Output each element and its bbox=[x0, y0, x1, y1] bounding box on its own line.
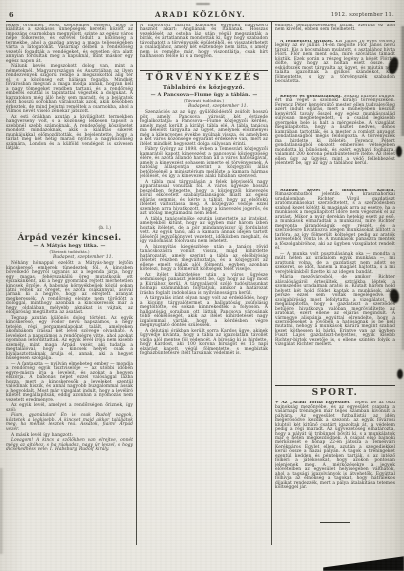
paragraph: Fábry György az 1898. évben a Temesvári … bbox=[140, 148, 268, 179]
column-rule bbox=[271, 22, 272, 545]
paragraph: A tábla mai tárgyalásán a felek képvisel… bbox=[140, 181, 268, 217]
binding-smudge bbox=[0, 468, 4, 554]
paragraph: Az ítélet kihirdetése után a város ügyés… bbox=[140, 274, 268, 296]
column-right: említett pénzintézetekben látták. Szerbi… bbox=[275, 24, 395, 548]
paragraph: Az egyik levél, amelyet a rendőrségen őr… bbox=[6, 404, 133, 413]
end-rule bbox=[320, 522, 350, 523]
page-header: 6 ARADI KÖZLÖNY. 1912. szeptember 11. bbox=[7, 9, 394, 21]
paragraph: Néhány hónappal ezelőtt a Mátyás-hegy le… bbox=[6, 262, 133, 316]
item-text: Rimaszombatból jelentik: A krasznahorkai… bbox=[275, 192, 395, 251]
paragraph: Szenzációs az az ügy, gyűlölködéstől zsú… bbox=[140, 111, 268, 147]
article-kicker: (Távirati tudósítás.) bbox=[140, 99, 268, 103]
paragraph: — A fantaszta — nyilván elmebeteg ember … bbox=[6, 363, 133, 403]
article-dateline: Budapest, szeptember 11. bbox=[140, 105, 268, 110]
news-item: A felmentett gyilkos. Kis János 16 éves … bbox=[275, 40, 395, 95]
page-edge-shadow bbox=[400, 26, 404, 136]
author-signature: (b. l.) bbox=[6, 227, 133, 232]
newspaper-page: 6 ARADI KÖZLÖNY. 1912. szeptember 11. le… bbox=[0, 0, 404, 571]
section-rule bbox=[140, 70, 268, 71]
column-center: A hajótörött matróz különben egyetlen na… bbox=[140, 24, 268, 548]
section-title: TÖRVÉNYKEZÉS bbox=[140, 74, 268, 83]
paragraph: A tábla tanácselnöke ezután ismertette a… bbox=[140, 218, 268, 245]
issue-date: 1912. szeptember 11. bbox=[331, 12, 394, 18]
article-title: Árpád vezér kincsei. bbox=[6, 234, 133, 243]
paragraph: A délutáni órákban került sorra Kardos ü… bbox=[140, 330, 268, 357]
scan-blob bbox=[396, 146, 402, 157]
news-item: Kenyér és gondatlanság. Sokáig húzódó bű… bbox=[275, 95, 395, 189]
news-item: Szabad kezet a munkások kárára. Rimaszom… bbox=[275, 189, 395, 384]
section-torvenykezes: TÖRVÉNYKEZÉS Táblabíró és közjegyző. — A… bbox=[140, 74, 268, 356]
item-text: Sokáig húzódó bűnpör ért ma véget a szol… bbox=[275, 95, 395, 166]
continued-article: említett pénzintézetekben látták. Szerbi… bbox=[275, 24, 395, 40]
paragraph: említett pénzintézetekben látták. Szerbi… bbox=[275, 24, 395, 33]
item-quote: — A munka volt pusztulásának oka — mondt… bbox=[275, 253, 395, 275]
header-rule bbox=[6, 21, 395, 22]
paragraph: Nálunk kevés megszokott dolog van, mint … bbox=[6, 65, 133, 114]
paragraph: A hajótörött matróz különben egyetlen na… bbox=[140, 24, 268, 60]
paragraph: Tegnap azután különös dolog történt. Az … bbox=[6, 317, 133, 362]
paragraph: Az esti órákban azután a kivilágított te… bbox=[6, 116, 133, 152]
sport-item: + Az „Aradi Torna Egyesület” lépett be a… bbox=[275, 401, 395, 518]
paragraph: lelkes örömmel. Most szeptember elsején,… bbox=[6, 24, 133, 64]
quoted-letter: Lovagom! A kincs a szőlőkben van elrejtv… bbox=[6, 439, 133, 452]
article-dateline: Budapest, szeptember 11. bbox=[6, 256, 133, 261]
item-text: lépett be az őszi bajnokság mezőnyébe, é… bbox=[275, 401, 395, 490]
continued-article: A hajótörött matróz különben egyetlen na… bbox=[140, 24, 268, 69]
article-kicker: (Távirati tudósítás.) bbox=[6, 250, 133, 254]
article-headline: Táblabíró és közjegyző. bbox=[140, 86, 268, 92]
sport-section-title: SPORT. bbox=[275, 389, 395, 398]
article-arpad: Árpád vezér kincsei. — A Mátyás hegy tit… bbox=[6, 234, 133, 453]
quoted-letter: Fiam, gyanútalan! Én is csak Rudolf vagy… bbox=[6, 414, 133, 432]
paragraph: A tárgyalás iránt olyan nagy volt az érd… bbox=[140, 297, 268, 328]
section-rule bbox=[275, 385, 395, 386]
item-text: Mária mezővárosból, de amikor Richter al… bbox=[275, 276, 395, 348]
corner-scan-artifact bbox=[323, 555, 404, 571]
scan-blob bbox=[397, 369, 403, 379]
column-rule bbox=[136, 22, 137, 545]
scan-mark bbox=[196, 3, 210, 5]
column-left: lelkes örömmel. Most szeptember elsején,… bbox=[6, 24, 133, 548]
paragraph: A bizonyítás kiegészítése után a tanács … bbox=[140, 246, 268, 273]
continued-article: lelkes örömmel. Most szeptember elsején,… bbox=[6, 24, 133, 227]
item-text: Kis János 16 éves verseci legény az év j… bbox=[275, 40, 395, 84]
